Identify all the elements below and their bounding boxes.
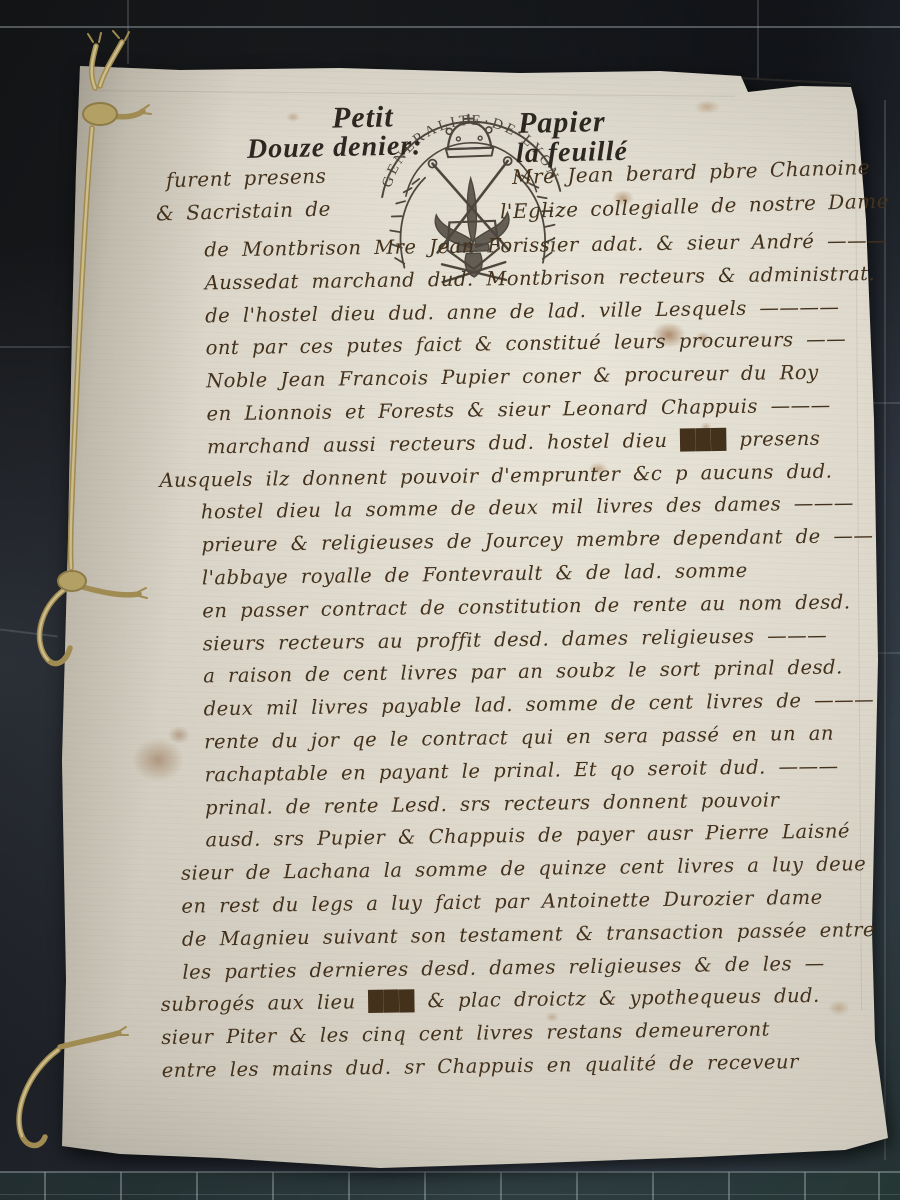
manuscript-opening-left-1: furent presens	[166, 164, 327, 192]
printed-douze-denier-label: Douze denier:	[247, 130, 423, 166]
manuscript-opening-left-2: & Sacristain de	[156, 197, 332, 226]
printed-papier-label: Papier	[518, 105, 606, 141]
photo-of-manuscript: GENERALITE·DE·LYON Petit Papier Douze de…	[0, 0, 900, 1200]
manuscript-lines: de Montbrison Mre Jean Forissier adat. &…	[142, 225, 894, 1088]
